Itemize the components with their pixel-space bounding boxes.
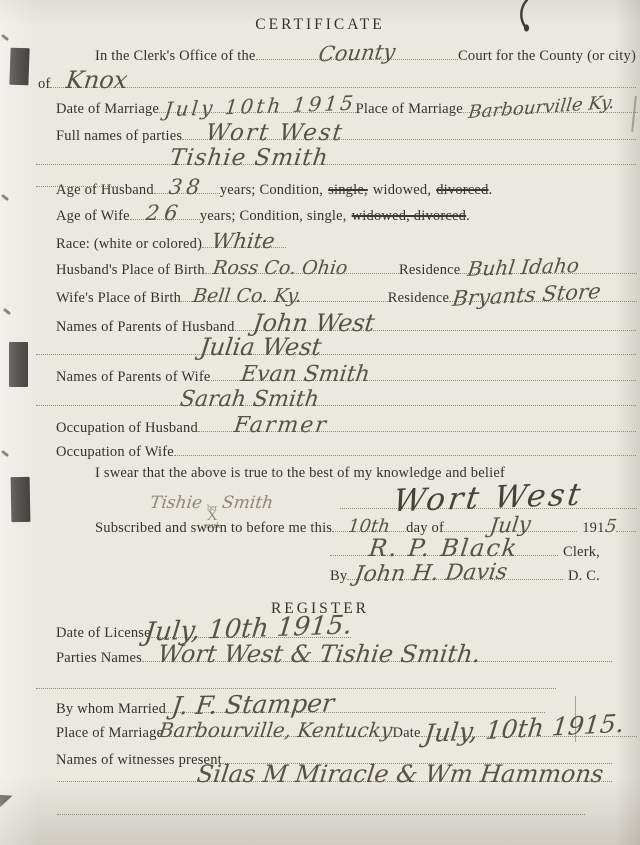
wife-parents-label: Names of Parents of Wife xyxy=(56,369,211,386)
county-blank: Knox xyxy=(50,68,636,93)
handwritten-husband-residence: Buhl Idaho xyxy=(467,255,581,280)
wife-birth-label: Wife's Place of Birth xyxy=(56,290,181,307)
scan-artifact-mark xyxy=(3,308,11,315)
clerk-office-suffix: Court for the County (or city) xyxy=(458,48,636,65)
sworn-prefix: Subscribed and sworn to before me this xyxy=(95,520,332,537)
scan-artifact-bar xyxy=(9,48,29,86)
husband-birth-label: Husband's Place of Birth xyxy=(56,262,205,279)
register-parties-row: Parties Names Wort West & Tishie Smith. xyxy=(56,642,612,667)
certificate-title: CERTIFICATE xyxy=(0,16,640,34)
condition-period: . xyxy=(466,208,470,225)
ruled-line xyxy=(57,814,585,815)
register-place-blank: Barbourville, Kentucky xyxy=(163,720,392,742)
scan-artifact-mark xyxy=(0,790,15,807)
wife-residence-blank: Bryants Store xyxy=(449,284,637,307)
clerk-row: R. P. Black Clerk, xyxy=(330,536,600,561)
wife-age-blank: 26 xyxy=(130,202,200,225)
handwritten-wife-age: 26 xyxy=(145,202,184,224)
handwritten-wife-birth: Bell Co. Ky. xyxy=(192,287,303,307)
handwritten-clerk-signature: R. P. Black xyxy=(368,536,521,561)
condition-prefix: years; Condition, xyxy=(220,182,323,199)
ruled-line xyxy=(36,405,636,406)
place-of-marriage-blank: Barbourville Ky. xyxy=(463,99,638,118)
handwritten-marriage-date: July 10th 1915 xyxy=(164,93,358,121)
residence-label: Residence xyxy=(388,290,449,307)
husband-occupation-blank: Farmer xyxy=(198,414,636,437)
sworn-row: Subscribed and sworn to before me this 1… xyxy=(95,514,636,537)
wife-age-label: Age of Wife xyxy=(56,208,130,225)
husband-age-row: Age of Husband 38 years; Condition, sing… xyxy=(56,176,636,199)
husband-residence-blank: Buhl Idaho xyxy=(460,257,637,279)
ruled-line xyxy=(50,87,636,88)
place-of-marriage-label: Place of Marriage xyxy=(356,101,463,118)
ruled-line xyxy=(36,164,636,165)
husband-birth-blank: Ross Co. Ohio xyxy=(205,259,399,279)
handwritten-husband-age: 38 xyxy=(168,176,205,198)
date-of-marriage-label: Date of Marriage xyxy=(56,101,159,118)
scan-artifact-bar xyxy=(11,477,31,522)
deputy-signature-blank: John H. Davis xyxy=(347,562,563,585)
handwritten-wife-signature-last: Smith xyxy=(221,495,274,513)
race-blank: White xyxy=(202,230,286,253)
wife-birth-blank: Bell Co. Ky. xyxy=(181,287,388,307)
husband-signature-blank: Wort West xyxy=(340,482,637,515)
handwritten-register-place: Barbourville, Kentucky xyxy=(158,720,394,741)
handwritten-register-parties: Wort West & Tishie Smith. xyxy=(156,642,481,667)
wife-age-row: Age of Wife 26 years; Condition, single,… xyxy=(56,202,636,225)
scanned-marriage-certificate: CERTIFICATE In the Clerk's Office of the… xyxy=(0,0,640,845)
scan-artifact-mark xyxy=(1,450,9,457)
deputy-row: By John H. Davis D. C. xyxy=(330,562,600,585)
oath-text: I swear that the above is true to the be… xyxy=(95,465,505,482)
handwritten-party1: Wort West xyxy=(205,121,346,145)
marriage-date-place-row: Date of Marriage July 10th 1915 Place of… xyxy=(56,96,638,118)
oath-row: I swear that the above is true to the be… xyxy=(95,465,505,482)
husband-parents-row: Names of Parents of Husband John West xyxy=(56,311,636,336)
condition-prefix: years; Condition, single, xyxy=(200,208,347,225)
wife-occupation-row: Occupation of Wife xyxy=(56,444,636,461)
wife-parent1-blank: Evan Smith xyxy=(211,363,636,386)
year-printed: 191 xyxy=(582,520,604,537)
scan-artifact-mark xyxy=(1,194,9,201)
clerk-signature-blank: R. P. Black xyxy=(330,536,558,561)
register-place-label: Place of Marriage xyxy=(56,725,163,742)
party1-blank: Wort West xyxy=(182,121,636,145)
party2-blank: Tishie Smith xyxy=(36,146,636,170)
husband-occupation-row: Occupation of Husband Farmer xyxy=(56,414,636,437)
clerk-office-blank: County xyxy=(256,42,458,65)
clerk-office-prefix: In the Clerk's Office of the xyxy=(95,48,256,65)
wife-parents-row2: Sarah Smith xyxy=(36,388,636,411)
wife-occupation-label: Occupation of Wife xyxy=(56,444,174,461)
scan-artifact-bar xyxy=(9,342,28,387)
scan-artifact-mark xyxy=(1,34,9,41)
register-date-blank: July, 10th 1915. xyxy=(421,716,637,742)
witnesses-value-row: Silas M Miracle & Wm Hammons xyxy=(57,762,612,787)
handwritten-wife-residence: Bryants Store xyxy=(451,280,602,310)
ink-stroke-artifact xyxy=(505,0,541,36)
handwritten-husband-parent2: Julia West xyxy=(198,335,322,360)
handwritten-husband-occupation: Farmer xyxy=(233,414,330,437)
party2-row: Tishie Smith xyxy=(36,146,636,170)
handwritten-party2: Tishie Smith xyxy=(169,146,331,170)
husband-age-label: Age of Husband xyxy=(56,182,154,199)
handwritten-wife-parent2: Sarah Smith xyxy=(179,388,321,411)
married-by-row: By whom Married J. F. Stamper xyxy=(56,692,545,718)
handwritten-county: County xyxy=(317,41,397,66)
handwritten-husband-birth: Ross Co. Ohio xyxy=(212,259,349,279)
license-label: Date of License xyxy=(56,625,151,642)
handwritten-husband-signature: Wort West xyxy=(391,479,585,518)
handwritten-wife-signature-first: Tishie xyxy=(149,495,203,513)
condition-divorced-struck: divorced xyxy=(436,182,488,199)
county-row: of Knox xyxy=(38,68,636,93)
handwritten-year-digit: 5 xyxy=(603,518,617,537)
ruled-line xyxy=(616,528,636,532)
wife-parents-row: Names of Parents of Wife Evan Smith xyxy=(56,363,636,386)
condition-widowed: widowed, xyxy=(373,182,431,199)
register-place-row: Place of Marriage Barbourville, Kentucky… xyxy=(56,716,637,742)
wife-birth-row: Wife's Place of Birth Bell Co. Ky. Resid… xyxy=(56,284,637,307)
husband-occupation-label: Occupation of Husband xyxy=(56,420,198,437)
handwritten-deputy-signature: John H. Davis xyxy=(354,561,510,587)
husband-age-blank: 38 xyxy=(154,176,220,199)
register-date-label: Date xyxy=(392,725,420,742)
handwritten-wife-parent1: Evan Smith xyxy=(239,363,371,386)
clerk-office-row: In the Clerk's Office of the County Cour… xyxy=(95,42,636,65)
handwritten-marriage-place: Barbourville Ky. xyxy=(467,94,615,123)
handwritten-county-name: Knox xyxy=(65,68,129,93)
date-of-marriage-blank: July 10th 1915 xyxy=(159,96,356,118)
husband-parents-row2: Julia West xyxy=(36,335,636,360)
of-label: of xyxy=(38,76,50,93)
handwritten-race: White xyxy=(211,230,276,252)
race-row: Race: (white or colored) White xyxy=(56,230,286,253)
condition-widowed-divorced-struck: widowed, divorced xyxy=(352,208,467,225)
handwritten-witnesses: Silas M Miracle & Wm Hammons xyxy=(195,762,604,787)
by-label: By xyxy=(330,568,347,585)
husband-parent2-blank: Julia West xyxy=(36,335,636,360)
condition-period: . xyxy=(489,182,493,199)
residence-label: Residence xyxy=(399,262,460,279)
clerk-label: Clerk, xyxy=(563,544,600,561)
ruled-line xyxy=(174,452,636,456)
married-by-blank: J. F. Stamper xyxy=(166,692,545,718)
handwritten-register-date: July, 10th 1915. xyxy=(423,711,625,748)
ruled-line xyxy=(36,354,636,355)
dc-label: D. C. xyxy=(568,568,600,585)
register-parties-label: Parties Names xyxy=(56,650,142,667)
race-label: Race: (white or colored) xyxy=(56,236,202,253)
register-parties-blank: Wort West & Tishie Smith. xyxy=(142,642,612,667)
witnesses-blank: Silas M Miracle & Wm Hammons xyxy=(57,762,612,787)
wife-parent2-blank: Sarah Smith xyxy=(36,388,636,411)
husband-birth-row: Husband's Place of Birth Ross Co. Ohio R… xyxy=(56,257,637,279)
parties-label: Full names of parties xyxy=(56,128,182,145)
condition-single-struck: single, xyxy=(328,182,368,199)
parties-row: Full names of parties Wort West xyxy=(56,121,636,145)
